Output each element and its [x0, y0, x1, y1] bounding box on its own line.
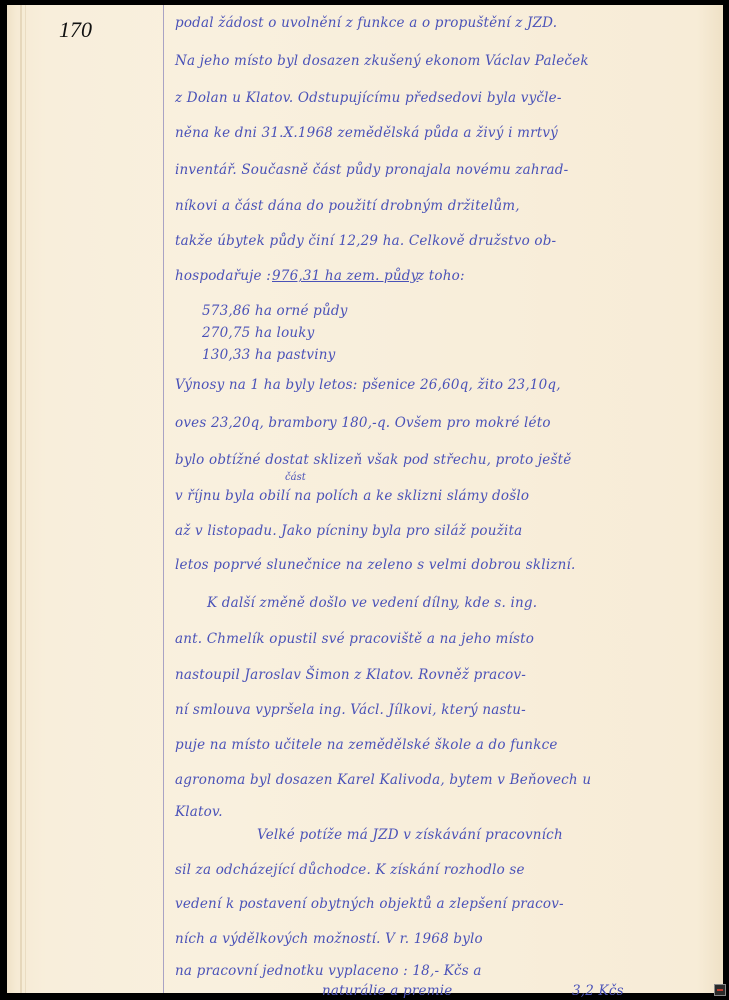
handwritten-line: inventář. Současně část půdy pronajala n…: [175, 162, 720, 178]
handwritten-line: letos poprvé slunečnice na zeleno s velm…: [175, 557, 720, 573]
handwritten-line: Na jeho místo byl dosazen zkušený ekonom…: [175, 53, 720, 69]
handwritten-line: 3,2 Kčs: [572, 983, 624, 999]
handwritten-line: K další změně došlo ve vedení dílny, kde…: [207, 595, 729, 611]
binding-line: [20, 5, 22, 993]
handwritten-line: něna ke dni 31.X.1968 zemědělská půda a …: [175, 125, 720, 141]
land-item: 270,75 ha louky: [202, 325, 729, 341]
handwritten-line: agronoma byl dosazen Karel Kalivoda, byt…: [175, 772, 720, 788]
margin-rule: [163, 5, 164, 993]
land-item: 573,86 ha orné půdy: [202, 303, 729, 319]
handwritten-line: Výnosy na 1 ha byly letos: pšenice 26,60…: [175, 377, 720, 393]
handwritten-line: hospodařuje :: [175, 268, 271, 284]
page-number: 170: [59, 17, 92, 43]
handwritten-line: podal žádost o uvolnění z funkce a o pro…: [175, 15, 720, 31]
handwritten-line: z Dolan u Klatov. Odstupujícímu předsedo…: [175, 90, 720, 106]
handwritten-line: Velké potíže má JZD v získávání pracovní…: [257, 827, 729, 843]
total-area: 976,31 ha zem. půdy: [272, 268, 418, 284]
handwritten-line: naturálie a premie: [322, 983, 452, 999]
ledger-page: 170 podal žádost o uvolnění z funkce a o…: [7, 5, 723, 993]
handwritten-line: puje na místo učitele na zemědělské škol…: [175, 737, 720, 753]
handwritten-line: až v listopadu. Jako pícniny byla pro si…: [175, 523, 720, 539]
inserted-word: část: [285, 472, 306, 483]
handwritten-line: z toho:: [417, 268, 465, 284]
handwritten-line: Klatov.: [175, 804, 720, 820]
handwritten-line: sil za odcházející důchodce. K získání r…: [175, 862, 720, 878]
land-item: 130,33 ha pastviny: [202, 347, 729, 363]
handwritten-line: níkovi a část dána do použití drobným dr…: [175, 198, 720, 214]
handwritten-line: oves 23,20q, brambory 180,-q. Ovšem pro …: [175, 415, 720, 431]
handwritten-line: ant. Chmelík opustil své pracoviště a na…: [175, 631, 720, 647]
handwritten-line: ních a výdělkových možností. V r. 1968 b…: [175, 931, 720, 947]
handwritten-line: v říjnu byla obilí na polích a ke sklizn…: [175, 488, 720, 504]
binding-line-inner: [25, 5, 26, 993]
handwritten-line: na pracovní jednotku vyplaceno : 18,- Kč…: [175, 963, 720, 979]
handwritten-line: nastoupil Jaroslav Šimon z Klatov. Rovně…: [175, 667, 720, 683]
handwritten-line: bylo obtížné dostat sklizeň však pod stř…: [175, 452, 720, 468]
handwritten-line: takže úbytek půdy činí 12,29 ha. Celkově…: [175, 233, 720, 249]
handwritten-line: ní smlouva vypršela ing. Václ. Jílkovi, …: [175, 702, 720, 718]
resize-handle-icon[interactable]: [714, 984, 726, 996]
handwritten-line: vedení k postavení obytných objektů a zl…: [175, 896, 720, 912]
